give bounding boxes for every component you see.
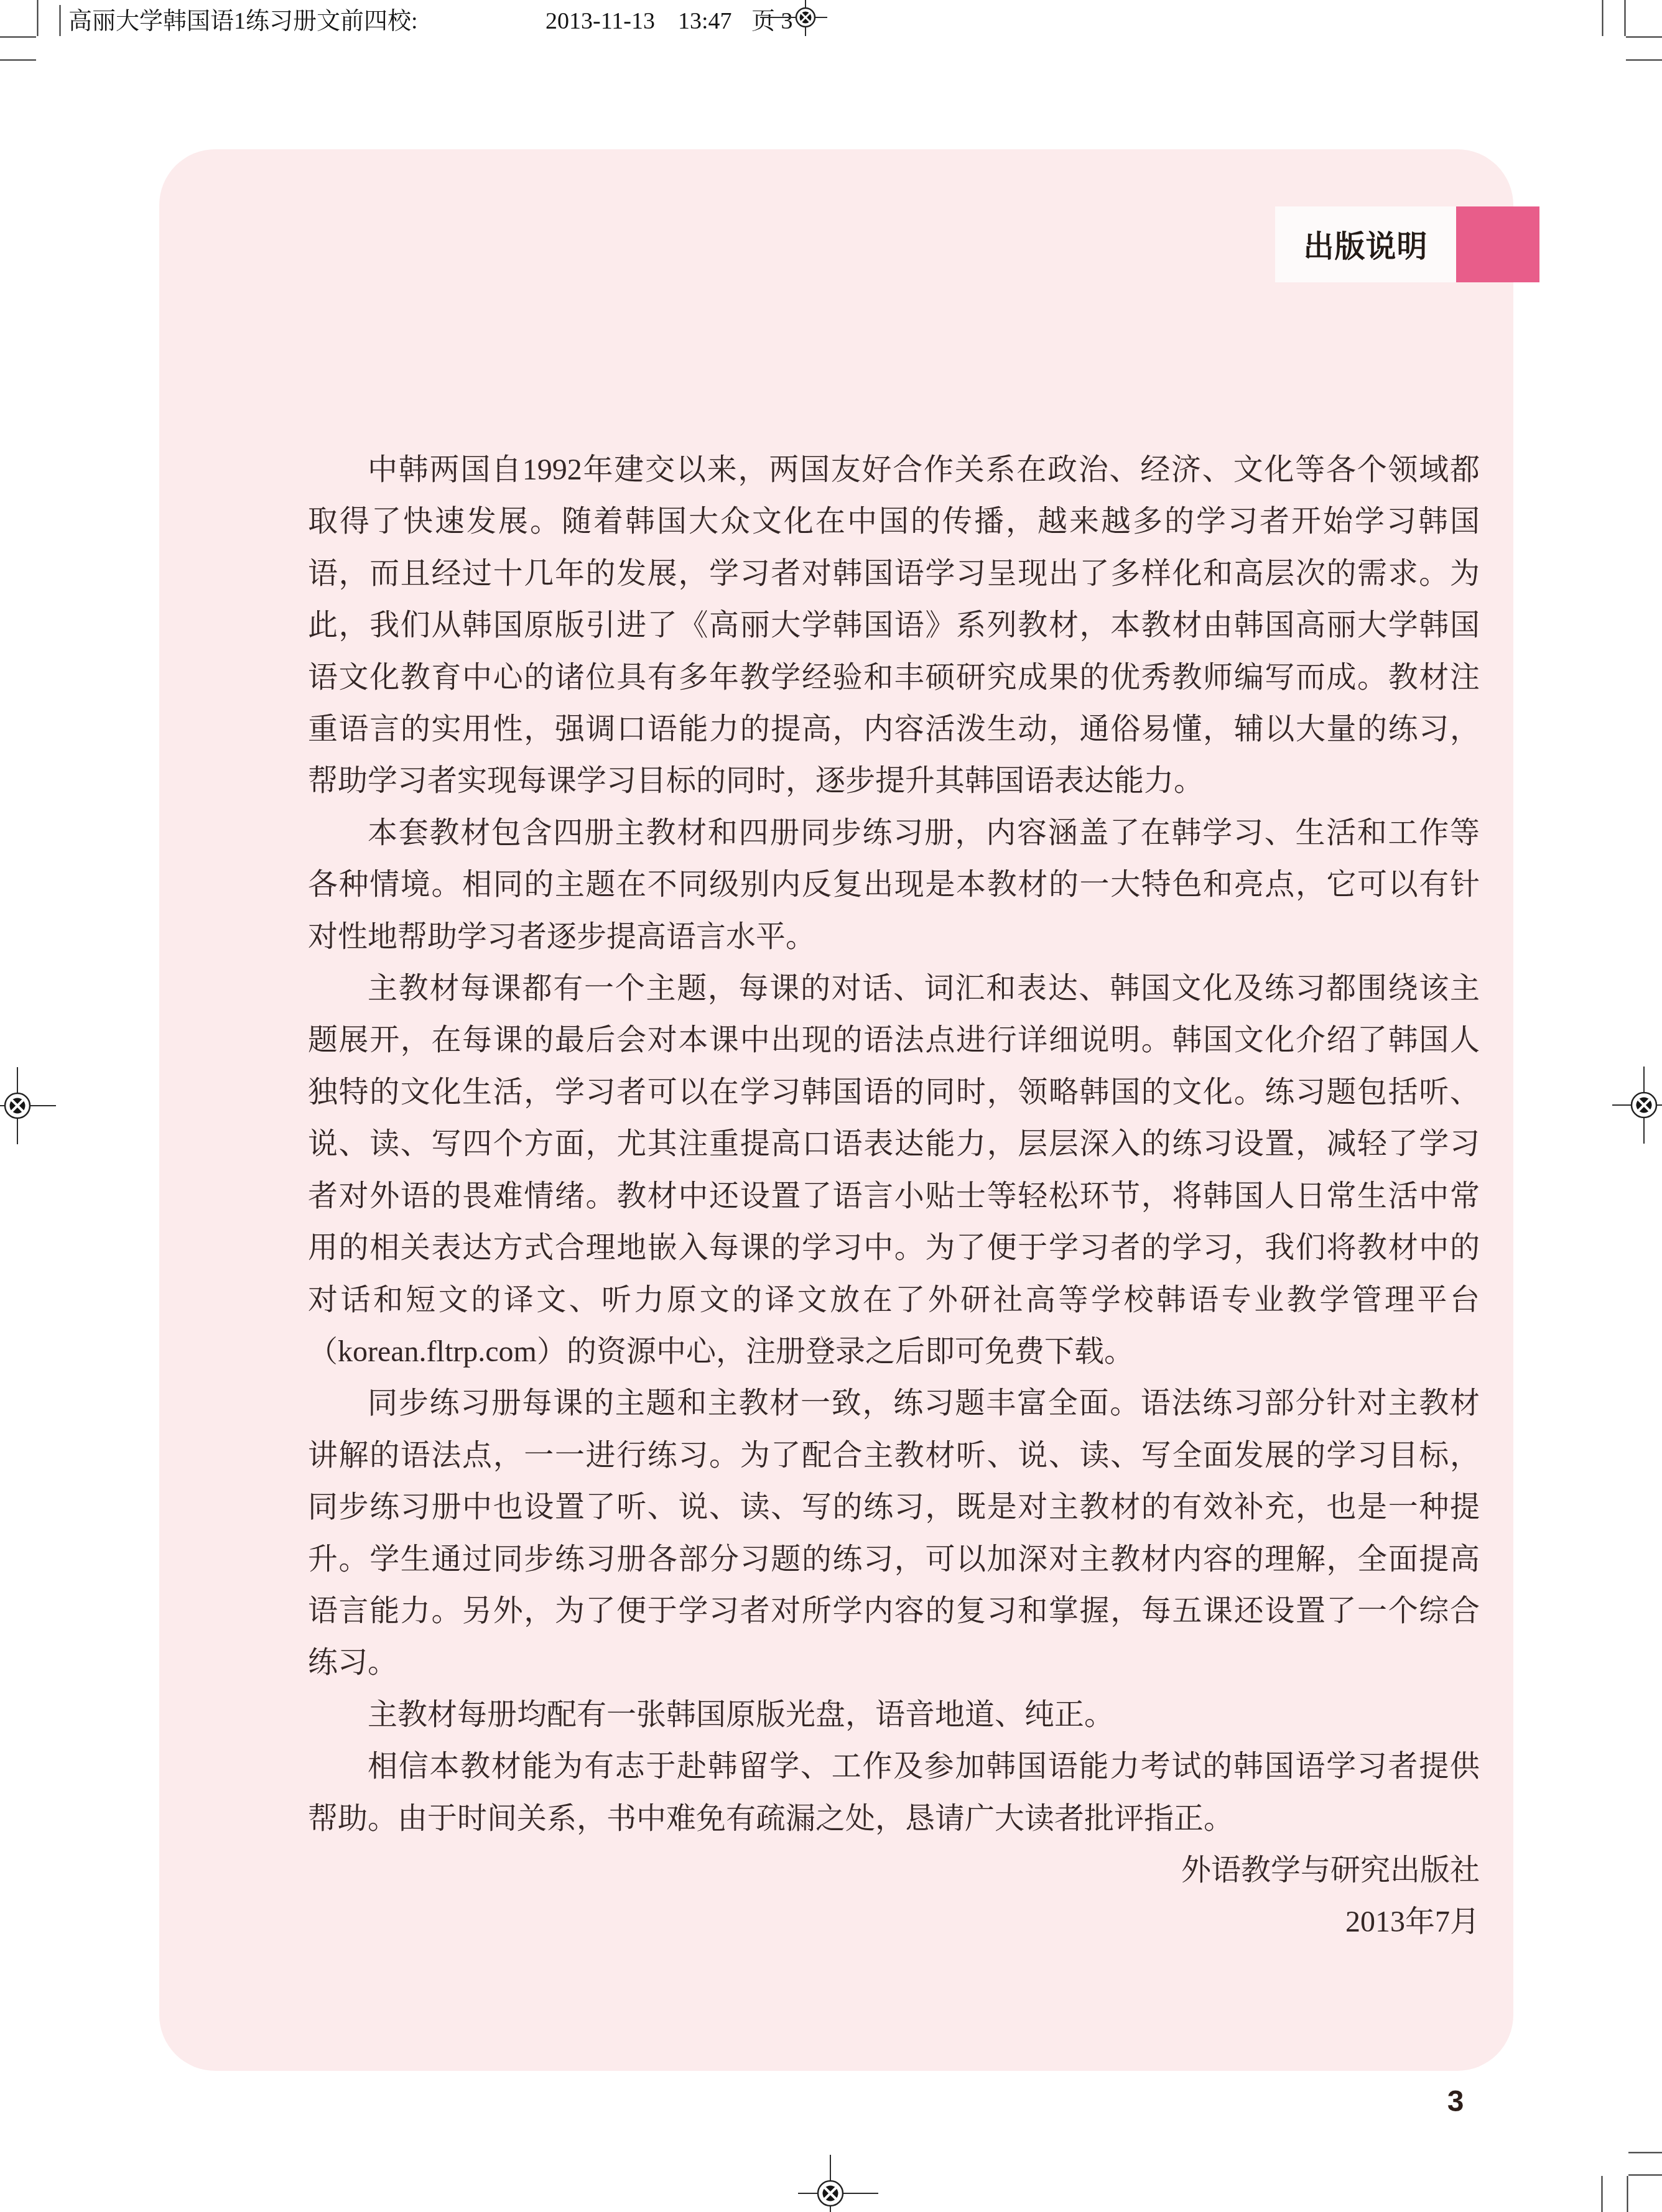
body-line: 练习。	[308, 1637, 1480, 1688]
body-line: 题展开，在每课的最后会对本课中出现的语法点进行详细说明。韩国文化介绍了韩国人	[308, 1014, 1480, 1066]
signature-date: 2013年7月	[308, 1896, 1480, 1948]
registration-mark-bottom-icon	[798, 2155, 878, 2212]
body-line: 语，而且经过十几年的发展，学习者对韩国语学习呈现出了多样化和高层次的需求。为	[308, 548, 1480, 599]
header-date: 2013-11-13	[545, 4, 655, 39]
body-line: 取得了快速发展。随着韩国大众文化在中国的传播，越来越多的学习者开始学习韩国	[308, 496, 1480, 547]
body-line: 对性地帮助学习者逐步提高语言水平。	[308, 911, 1480, 963]
body-line: 独特的文化生活，学习者可以在学习韩国语的同时，领略韩国的文化。练习题包括听、	[308, 1067, 1480, 1118]
body-line: （korean.fltrp.com）的资源中心，注册登录之后即可免费下载。	[308, 1326, 1480, 1377]
crop-marks-bottom-right-icon	[1602, 2153, 1662, 2212]
body-line: 本套教材包含四册主教材和四册同步练习册，内容涵盖了在韩学习、生活和工作等	[308, 807, 1480, 859]
body-line: 此，我们从韩国原版引进了《高丽大学韩国语》系列教材，本教材由韩国高丽大学韩国	[308, 599, 1480, 651]
section-title-box: 出版说明	[1275, 206, 1456, 282]
body-line: 用的相关表达方式合理地嵌入每课的学习中。为了便于学习者的学习，我们将教材中的	[308, 1222, 1480, 1274]
signature-publisher: 外语教学与研究出版社	[308, 1844, 1480, 1896]
book-page: 高丽大学韩国语1练习册文前四校: 2013-11-13 13:47 页 3 出版…	[0, 0, 1662, 2212]
body-line: 讲解的语法点，一一进行练习。为了配合主教材听、说、读、写全面发展的学习目标，	[308, 1430, 1480, 1481]
body-text: 中韩两国自1992年建交以来，两国友好合作关系在政治、经济、文化等各个领域都 取…	[308, 444, 1480, 1948]
body-line: 中韩两国自1992年建交以来，两国友好合作关系在政治、经济、文化等各个领域都	[308, 444, 1480, 496]
body-line: 同步练习册每课的主题和主教材一致，练习题丰富全面。语法练习部分针对主教材	[308, 1377, 1480, 1429]
body-line: 对话和短文的译文、听力原文的译文放在了外研社高等学校韩语专业教学管理平台	[308, 1274, 1480, 1326]
header-doc-info: 高丽大学韩国语1练习册文前四校:	[68, 4, 418, 39]
body-line: 语文化教育中心的诸位具有多年教学经验和丰硕研究成果的优秀教师编写而成。教材注	[308, 652, 1480, 703]
registration-mark-left-icon	[0, 1067, 56, 1144]
body-line: 相信本教材能为有志于赴韩留学、工作及参加韩国语能力考试的韩国语学习者提供	[308, 1741, 1480, 1792]
header-time: 13:47	[678, 4, 732, 39]
header-page-label: 页 3	[751, 4, 793, 39]
body-line: 帮助学习者实现每课学习目标的同时，逐步提升其韩国语表达能力。	[308, 755, 1480, 807]
body-line: 主教材每册均配有一张韩国原版光盘，语音地道、纯正。	[308, 1689, 1480, 1741]
title-accent-block	[1456, 206, 1539, 282]
body-line: 说、读、写四个方面，尤其注重提高口语表达能力，层层深入的练习设置，减轻了学习	[308, 1118, 1480, 1170]
page-number: 3	[1387, 2085, 1524, 2119]
body-line: 升。学生通过同步练习册各部分习题的练习，可以加深对主教材内容的理解，全面提高	[308, 1534, 1480, 1585]
body-line: 语言能力。另外，为了便于学习者对所学内容的复习和掌握，每五课还设置了一个综合	[308, 1585, 1480, 1637]
body-line: 者对外语的畏难情绪。教材中还设置了语言小贴士等轻松环节，将韩国人日常生活中常	[308, 1170, 1480, 1222]
registration-mark-right-icon	[1612, 1067, 1662, 1144]
body-line: 各种情境。相同的主题在不同级别内反复出现是本教材的一大特色和亮点，它可以有针	[308, 859, 1480, 910]
body-line: 帮助。由于时间关系，书中难免有疏漏之处，恳请广大读者批评指正。	[308, 1793, 1480, 1844]
body-line: 主教材每课都有一个主题，每课的对话、词汇和表达、韩国文化及练习都围绕该主	[308, 963, 1480, 1014]
section-title: 出版说明	[1303, 223, 1428, 266]
print-header: 高丽大学韩国语1练习册文前四校: 2013-11-13 13:47 页 3	[0, 4, 1662, 41]
body-line: 同步练习册中也设置了听、说、读、写的练习，既是对主教材的有效补充，也是一种提	[308, 1481, 1480, 1533]
body-line: 重语言的实用性，强调口语能力的提高，内容活泼生动，通俗易懂，辅以大量的练习，	[308, 703, 1480, 755]
